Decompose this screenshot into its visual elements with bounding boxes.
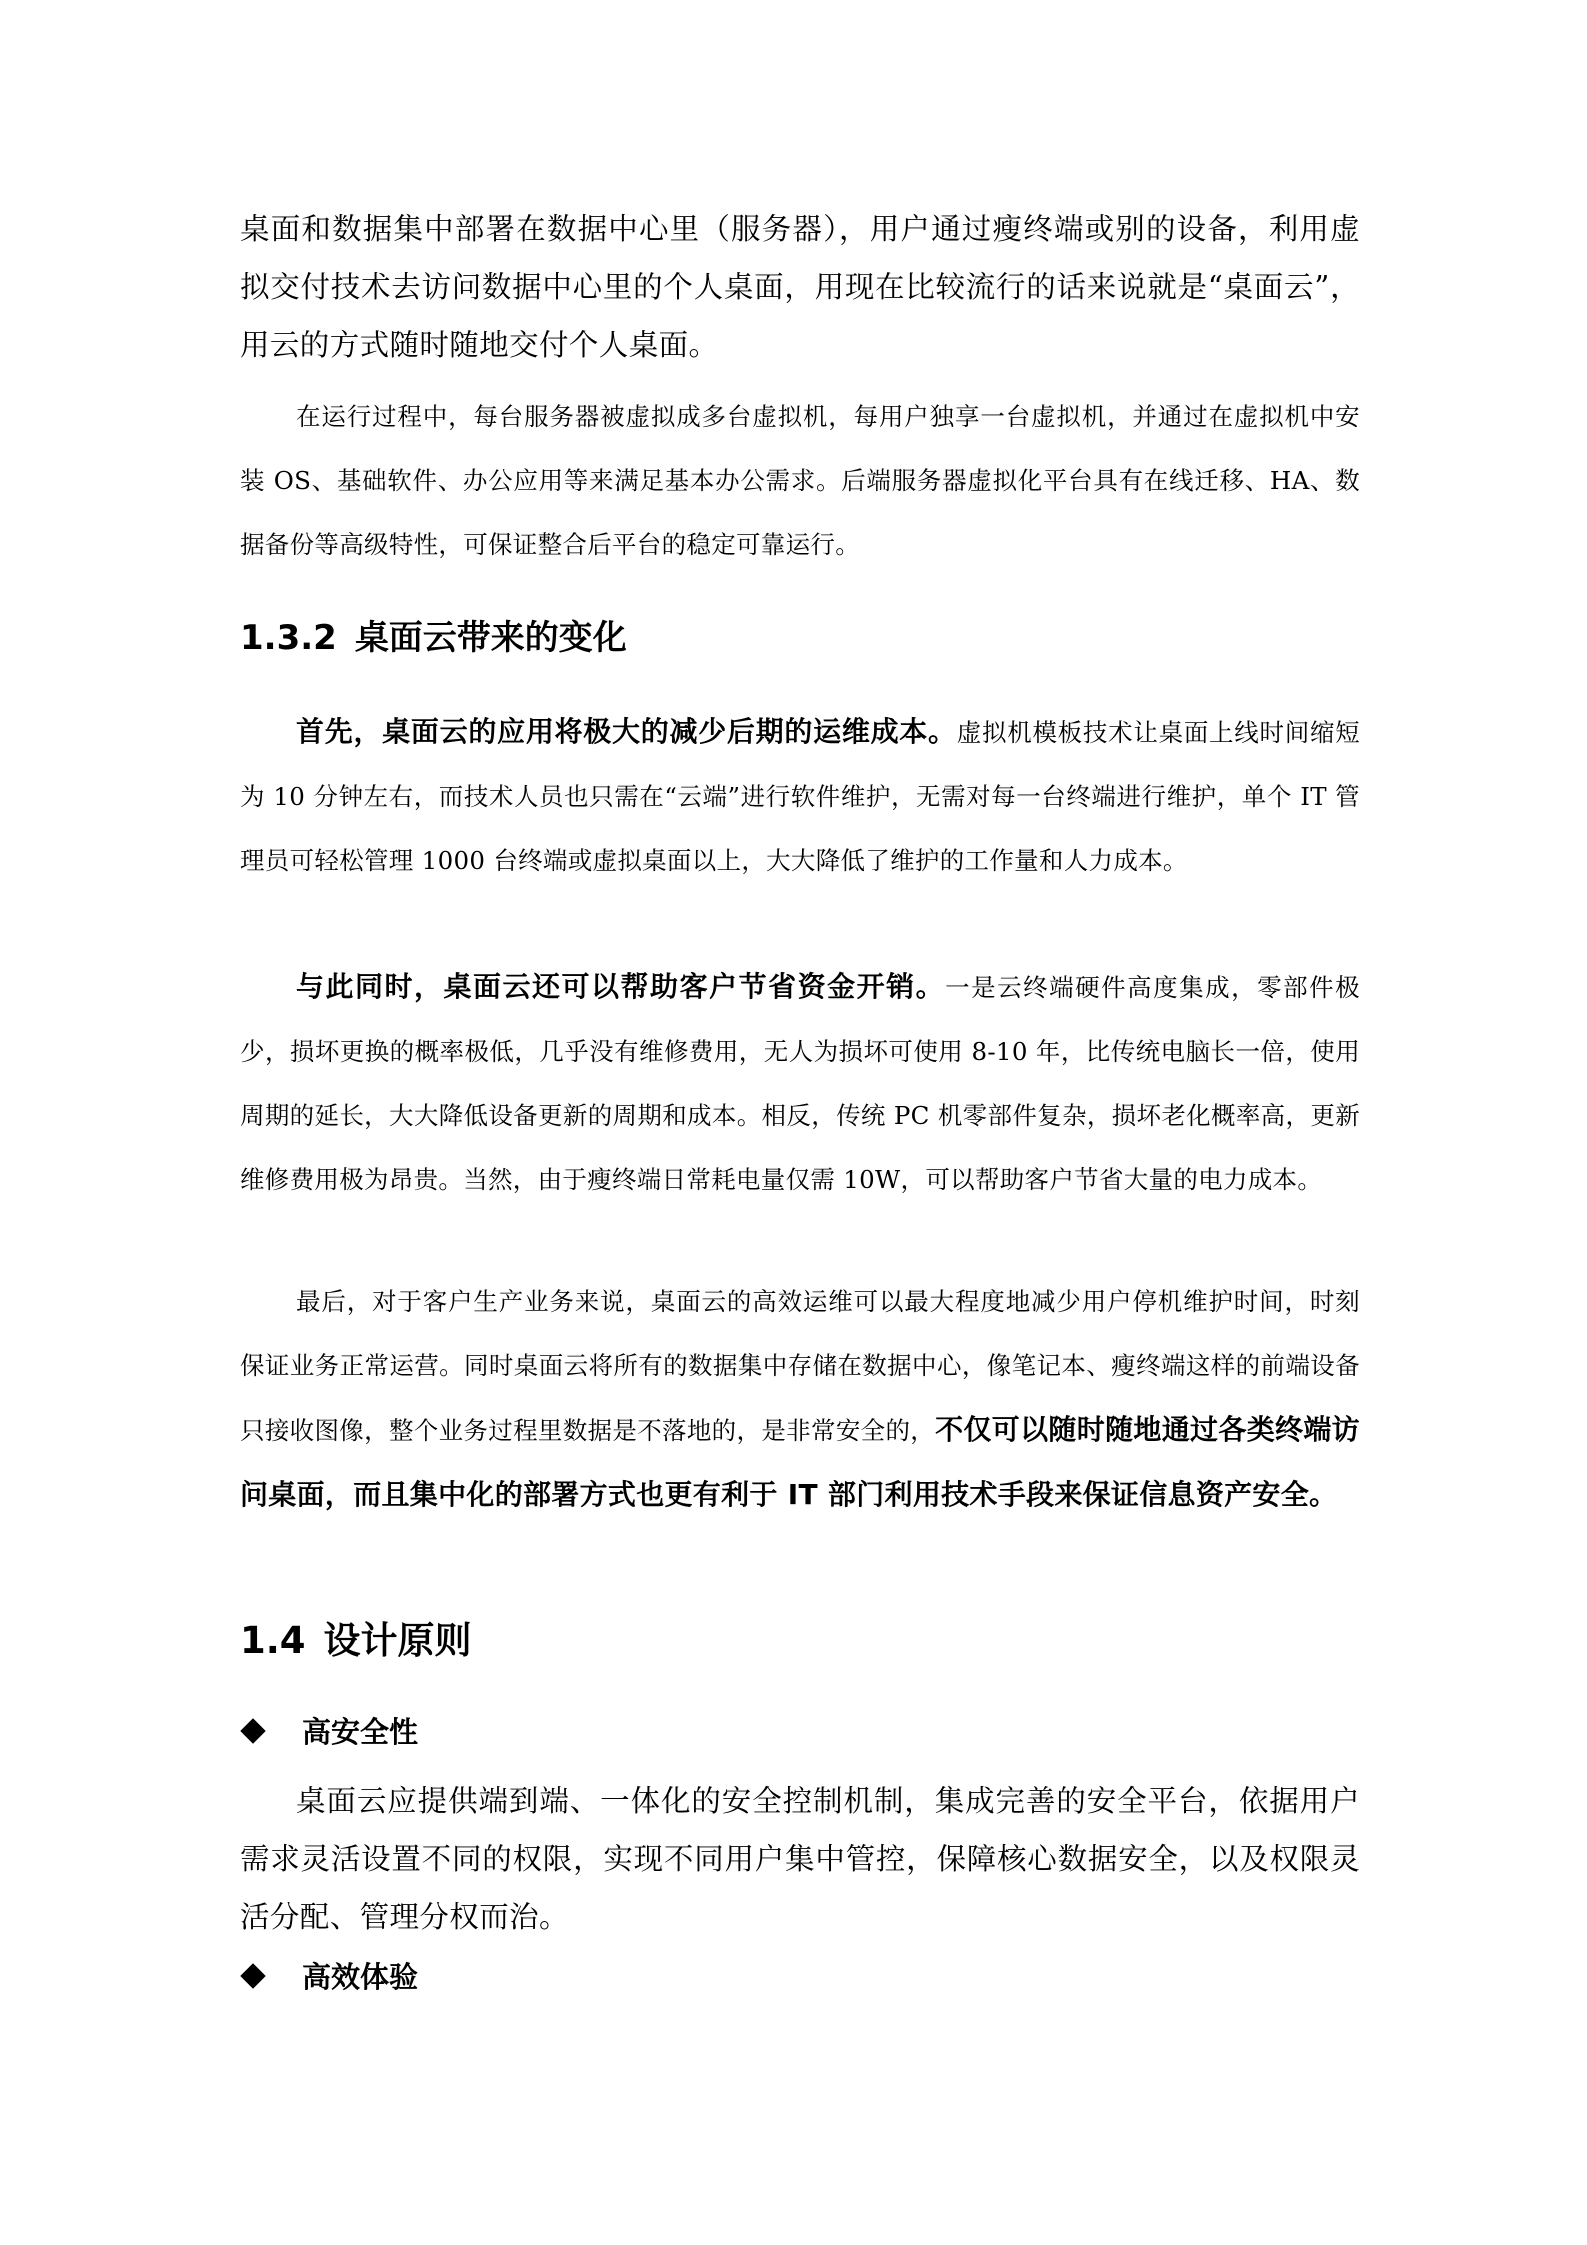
principle-title: 高效体验 (302, 1955, 418, 1996)
runtime-paragraph: 在运行过程中，每台服务器被虚拟成多台虚拟机，每用户独享一台虚拟机，并通过在虚拟机… (240, 385, 1360, 577)
intro-paragraph: 桌面和数据集中部署在数据中心里（服务器），用户通过瘦终端或别的设备，利用虚拟交付… (240, 200, 1360, 374)
security-paragraph: 最后，对于客户生产业务来说，桌面云的高效运维可以最大程度地减少用户停机维护时间，… (240, 1270, 1360, 1528)
paragraph-text: 一是云终端硬件高度集成，零部件极少，损坏更换的概率极低，几乎没有维修费用，无人为… (240, 973, 1360, 1194)
section-title: 桌面云带来的变化 (355, 618, 627, 658)
section-title: 设计原则 (324, 1619, 472, 1662)
savings-paragraph: 与此同时，桌面云还可以帮助客户节省资金开销。一是云终端硬件高度集成，零部件极少，… (240, 955, 1360, 1212)
cost-paragraph: 首先，桌面云的应用将极大的减少后期的运维成本。虚拟机模板技术让桌面上线时间缩短为… (240, 700, 1360, 893)
bold-lead: 首先，桌面云的应用将极大的减少后期的运维成本。 (296, 715, 957, 748)
principle-security-text: 桌面云应提供端到端、一体化的安全控制机制，集成完善的安全平台，依据用户需求灵活设… (240, 1772, 1360, 1946)
principle-heading-security: 高安全性 (240, 1710, 418, 1751)
principle-heading-experience: 高效体验 (240, 1955, 418, 1996)
diamond-bullet-icon (240, 1963, 265, 1988)
section-number: 1.4 (240, 1619, 306, 1662)
bold-lead: 与此同时，桌面云还可以帮助客户节省资金开销。 (296, 970, 945, 1003)
diamond-bullet-icon (240, 1718, 265, 1743)
section-heading-1-4: 1.4设计原则 (240, 1610, 472, 1664)
section-number: 1.3.2 (240, 618, 337, 658)
principle-title: 高安全性 (302, 1710, 418, 1751)
section-heading-1-3-2: 1.3.2桌面云带来的变化 (240, 610, 627, 659)
